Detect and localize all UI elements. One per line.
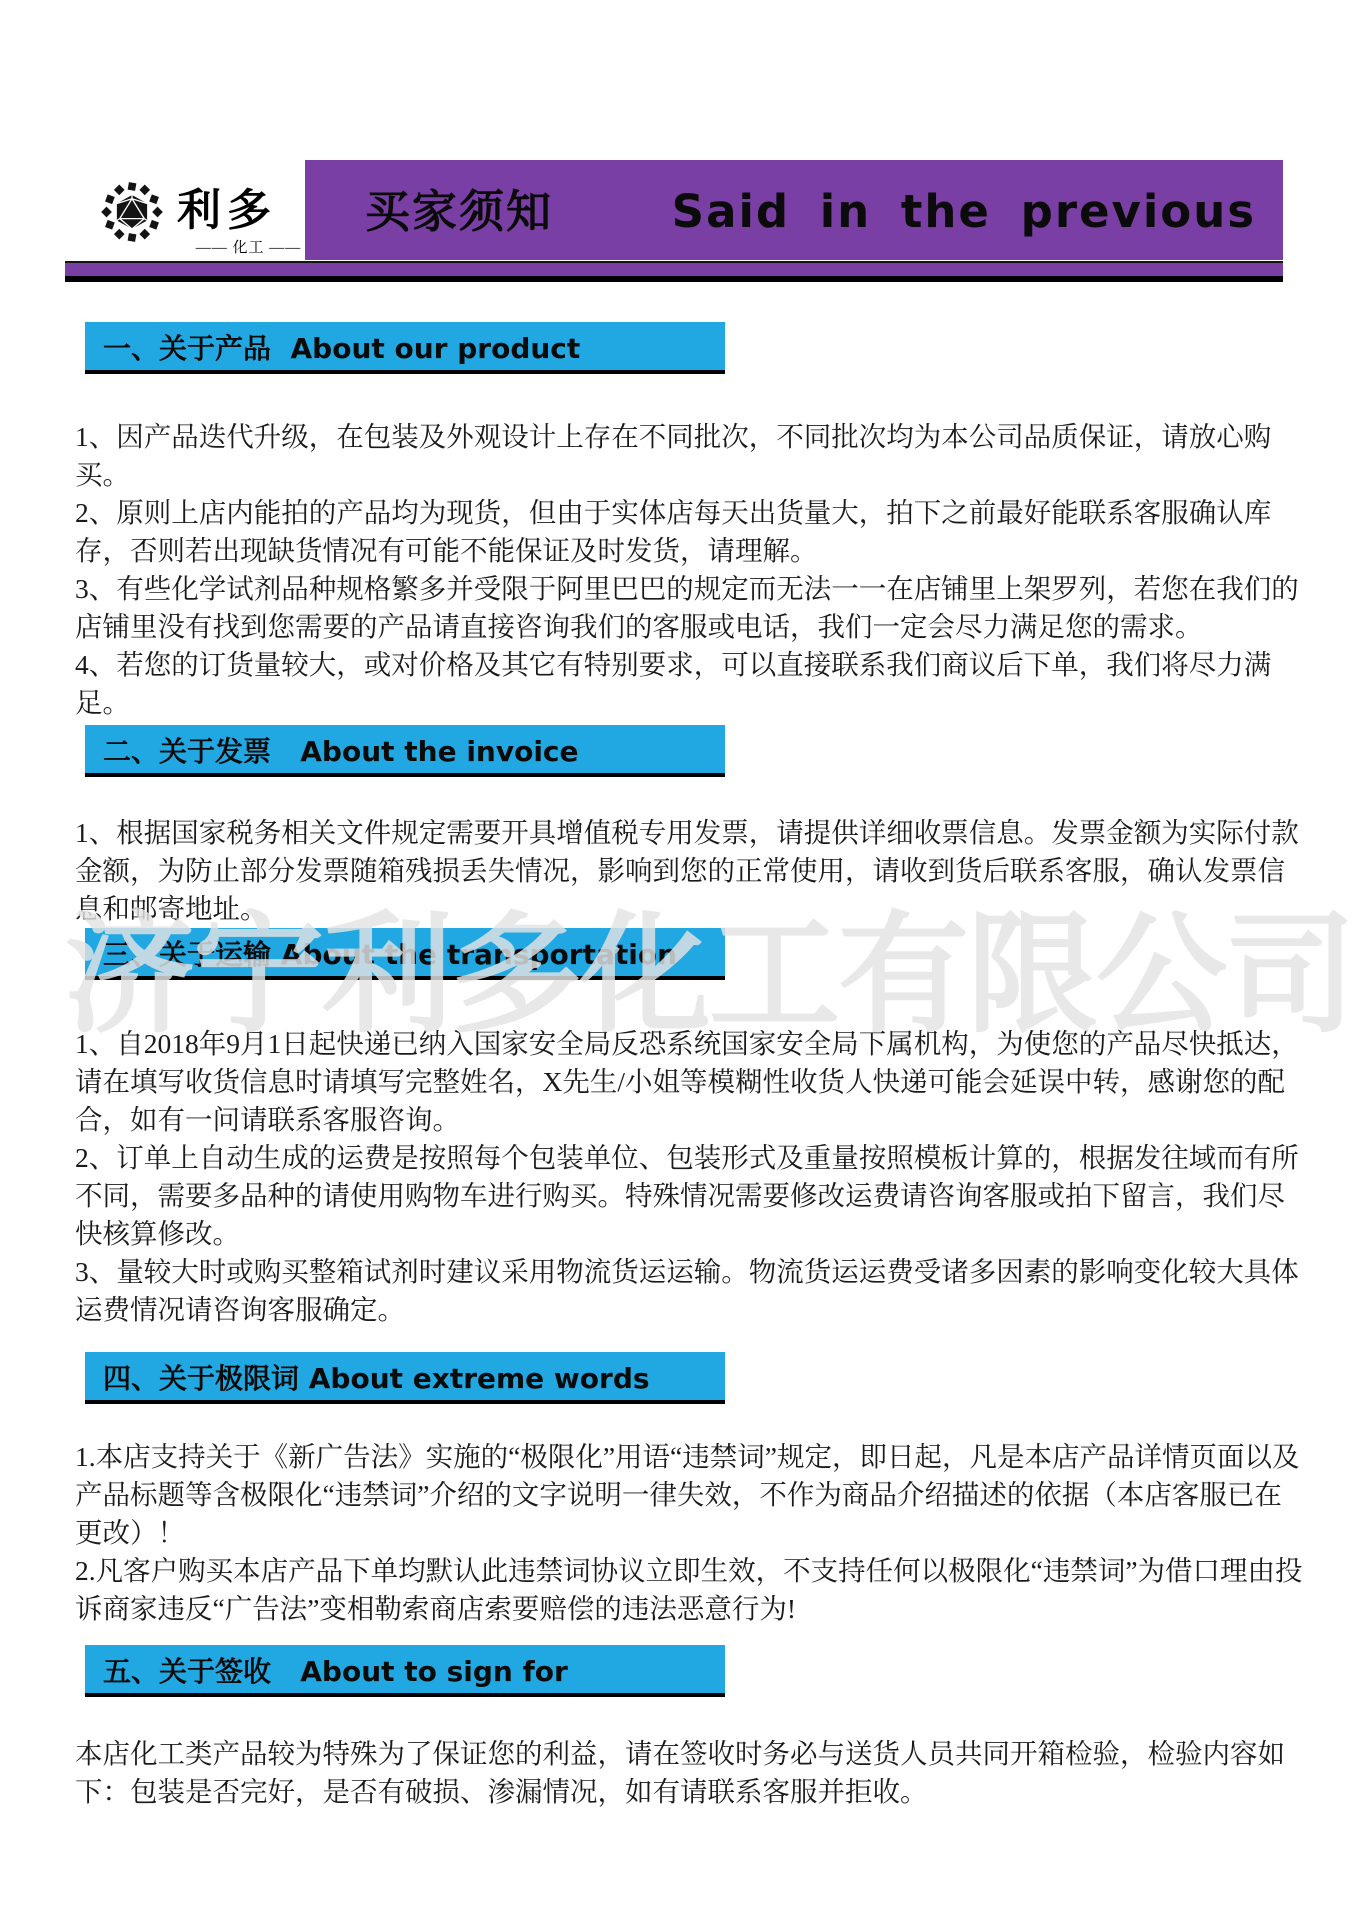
paragraph: 2、原则上店内能拍的产品均为现货，但由于实体店每天出货量大，拍下之前最好能联系客… — [75, 494, 1307, 570]
section-heading-product: 一、关于产品 About our product — [85, 322, 725, 374]
buyer-notice-page: 利多 —— 化工 —— 买家须知 Said in the previous 济宁… — [0, 0, 1366, 1919]
paragraph: 4、若您的订货量较大，或对价格及其它有特别要求，可以直接联系我们商议后下单，我们… — [75, 646, 1307, 722]
section-body-sign-for: 本店化工类产品较为特殊为了保证您的利益，请在签收时务必与送货人员共同开箱检验，检… — [75, 1735, 1307, 1811]
paragraph: 1.本店支持关于《新广告法》实施的“极限化”用语“违禁词”规定，即日起，凡是本店… — [75, 1438, 1307, 1552]
paragraph: 2、订单上自动生成的运费是按照每个包装单位、包装形式及重量按照模板计算的，根据发… — [75, 1139, 1307, 1253]
section-body-invoice: 1、根据国家税务相关文件规定需要开具增值税专用发票，请提供详细收票信息。发票金额… — [75, 814, 1307, 928]
section-heading-sign-for: 五、关于签收 About to sign for — [85, 1645, 725, 1697]
paragraph: 1、根据国家税务相关文件规定需要开具增值税专用发票，请提供详细收票信息。发票金额… — [75, 814, 1307, 928]
title-banner: 买家须知 Said in the previous — [305, 160, 1283, 260]
section-body-transportation: 1、自2018年9月1日起快递已纳入国家安全局反恐系统国家安全局下属机构，为使您… — [75, 1025, 1307, 1329]
paragraph: 本店化工类产品较为特殊为了保证您的利益，请在签收时务必与送货人员共同开箱检验，检… — [75, 1735, 1307, 1811]
company-logo-icon — [98, 178, 166, 246]
paragraph: 3、量较大时或购买整箱试剂时建议采用物流货运运输。物流货运运费受诸多因素的影响变… — [75, 1253, 1307, 1329]
logo-box: 利多 —— 化工 —— — [65, 160, 305, 260]
section-heading-invoice: 二、关于发票 About the invoice — [85, 725, 725, 777]
section-body-product: 1、因产品迭代升级，在包装及外观设计上存在不同批次，不同批次均为本公司品质保证，… — [75, 418, 1307, 722]
paragraph: 3、有些化学试剂品种规格繁多并受限于阿里巴巴的规定而无法一一在店铺里上架罗列，若… — [75, 570, 1307, 646]
paragraph: 2.凡客户购买本店产品下单均默认此违禁词协议立即生效，不支持任何以极限化“违禁词… — [75, 1552, 1307, 1628]
section-heading-transportation: 三、关于运输 About the transportation — [85, 928, 725, 980]
page-title: 买家须知 Said in the previous — [365, 160, 1256, 260]
header-divider-strip — [65, 261, 1283, 282]
section-heading-extreme-words: 四、关于极限词 About extreme words — [85, 1352, 725, 1404]
logo-company-name: 利多 — [177, 174, 277, 238]
section-body-extreme-words: 1.本店支持关于《新广告法》实施的“极限化”用语“违禁词”规定，即日起，凡是本店… — [75, 1438, 1307, 1628]
paragraph: 1、因产品迭代升级，在包装及外观设计上存在不同批次，不同批次均为本公司品质保证，… — [75, 418, 1307, 494]
paragraph: 1、自2018年9月1日起快递已纳入国家安全局反恐系统国家安全局下属机构，为使您… — [75, 1025, 1307, 1139]
